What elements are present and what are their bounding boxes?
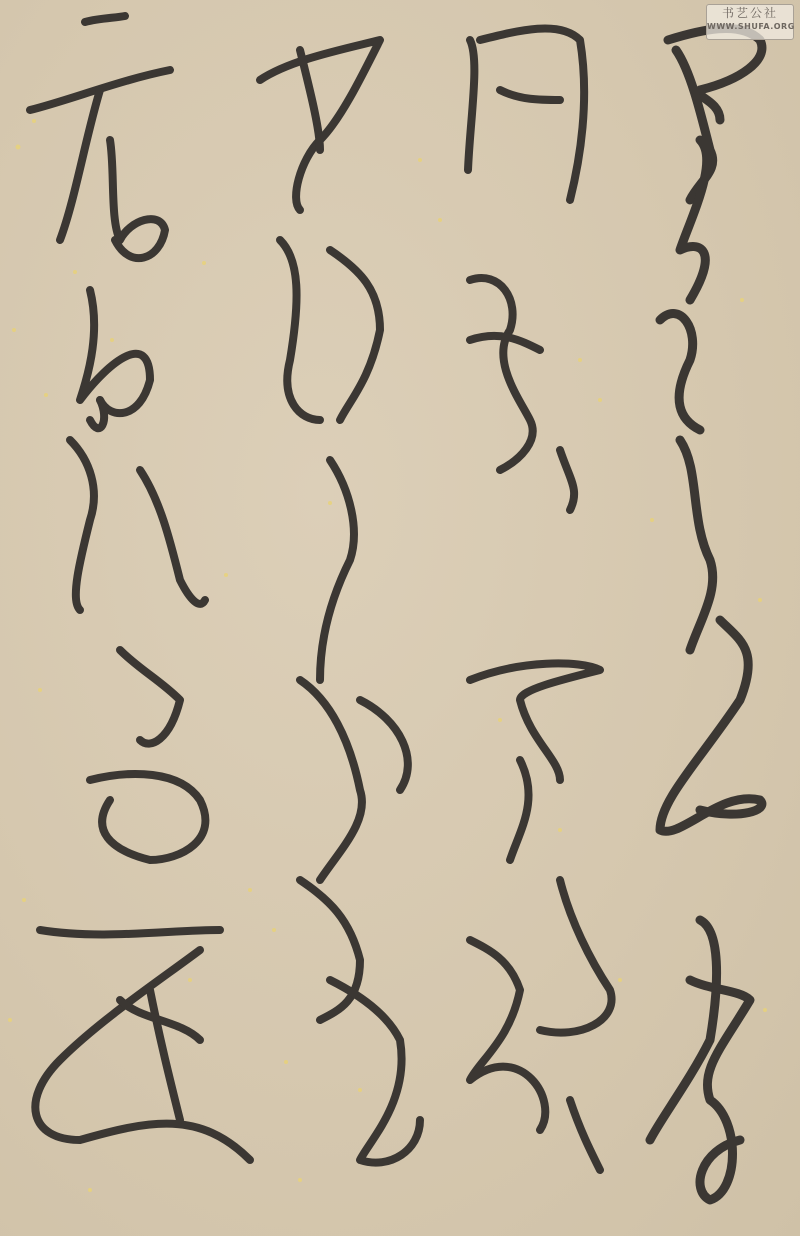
column-4-strokes xyxy=(30,16,250,1160)
column-3-strokes xyxy=(260,40,420,1163)
watermark-url: WWW.SHUFA.ORG xyxy=(707,21,793,33)
column-1-strokes xyxy=(650,28,762,1200)
watermark-chinese: 书艺公社 xyxy=(707,5,793,21)
watermark: 书艺公社 WWW.SHUFA.ORG xyxy=(706,4,794,40)
calligraphy-sheet: 书艺公社 WWW.SHUFA.ORG xyxy=(0,0,800,1236)
calligraphy-strokes xyxy=(0,0,800,1236)
column-2-strokes xyxy=(468,28,612,1170)
